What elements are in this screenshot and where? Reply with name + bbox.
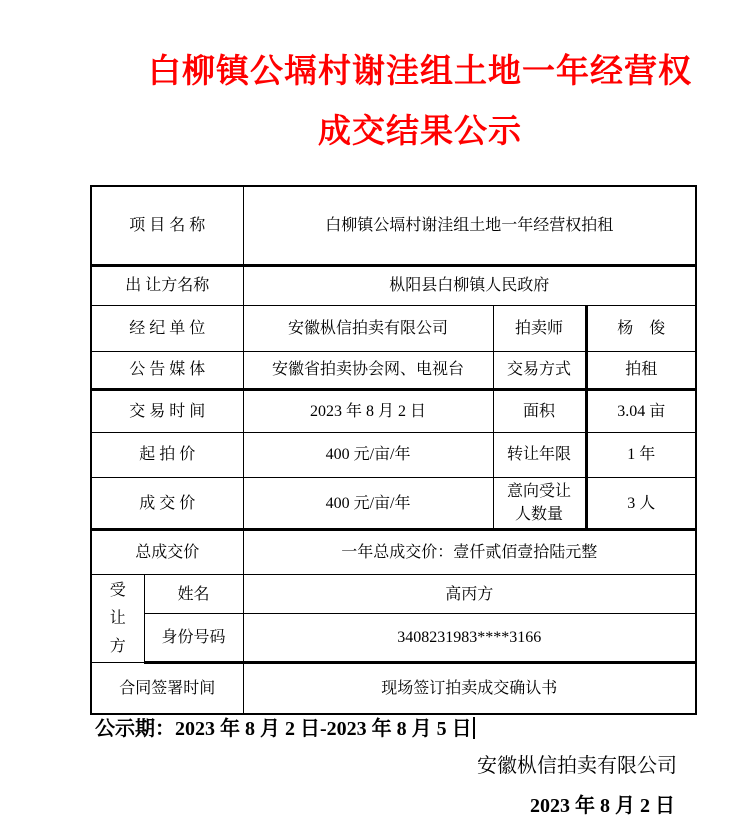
start-price-label: 起 拍 价 (91, 433, 243, 478)
total-price-label: 总成交价 (91, 530, 243, 575)
transferee-name-label: 姓名 (144, 575, 243, 614)
row-media: 公 告 媒 体 安徽省拍卖协会网、电视台 交易方式 拍租 (91, 352, 696, 390)
row-transferee-id: 身份号码 3408231983****3166 (91, 614, 696, 663)
contract-sign-value: 现场签订拍卖成交确认书 (243, 663, 696, 715)
deal-price-value: 400 元/亩/年 (243, 478, 493, 530)
media-label: 公 告 媒 体 (91, 352, 243, 390)
publicity-period-text: 公示期：2023 年 8 月 2 日-2023 年 8 月 5 日 (95, 718, 472, 740)
trade-mode-value: 拍租 (586, 352, 696, 390)
notice-title-line1: 白柳镇公塥村谢洼组土地一年经营权 (95, 42, 745, 102)
agency-value: 安徽枞信拍卖有限公司 (243, 306, 493, 352)
total-price-value: 一年总成交价：壹仟贰佰壹拾陆元整 (243, 530, 696, 575)
row-agency: 经 纪 单 位 安徽枞信拍卖有限公司 拍卖师 杨 俊 (91, 306, 696, 352)
area-value: 3.04 亩 (586, 390, 696, 433)
trade-time-value: 2023 年 8 月 2 日 (243, 390, 493, 433)
transfer-years-label: 转让年限 (493, 433, 586, 478)
transferor-label: 出 让方名称 (91, 266, 243, 306)
row-transferee-name: 受让方 姓名 高丙方 (91, 575, 696, 614)
publicity-period-line: 公示期：2023 年 8 月 2 日-2023 年 8 月 5 日 (95, 714, 475, 744)
transfer-years-value: 1 年 (586, 433, 696, 478)
project-name-value: 白柳镇公塥村谢洼组土地一年经营权拍租 (243, 186, 696, 266)
row-total-price: 总成交价 一年总成交价：壹仟贰佰壹拾陆元整 (91, 530, 696, 575)
issue-date: 2023 年 8 月 2 日 (530, 792, 675, 820)
row-start-price: 起 拍 价 400 元/亩/年 转让年限 1 年 (91, 433, 696, 478)
notice-title-line2: 成交结果公示 (95, 102, 745, 162)
transferee-group-label: 受让方 (91, 575, 144, 663)
row-project-name: 项 目 名 称 白柳镇公塥村谢洼组土地一年经营权拍租 (91, 186, 696, 266)
notice-title: 白柳镇公塥村谢洼组土地一年经营权 成交结果公示 (95, 42, 745, 162)
intended-transferees-label: 意向受让 人数量 (493, 478, 586, 530)
row-trade-time: 交 易 时 间 2023 年 8 月 2 日 面积 3.04 亩 (91, 390, 696, 433)
intended-transferees-value: 3 人 (586, 478, 696, 530)
row-deal-price: 成 交 价 400 元/亩/年 意向受让 人数量 3 人 (91, 478, 696, 530)
media-value: 安徽省拍卖协会网、电视台 (243, 352, 493, 390)
trade-mode-label: 交易方式 (493, 352, 586, 390)
start-price-value: 400 元/亩/年 (243, 433, 493, 478)
text-cursor (473, 717, 475, 739)
issuer-company: 安徽枞信拍卖有限公司 (477, 752, 677, 780)
transferee-name-value: 高丙方 (243, 575, 696, 614)
area-label: 面积 (493, 390, 586, 433)
contract-sign-label: 合同签署时间 (91, 663, 243, 715)
transferor-value: 枞阳县白柳镇人民政府 (243, 266, 696, 306)
auctioneer-value: 杨 俊 (586, 306, 696, 352)
deal-price-label: 成 交 价 (91, 478, 243, 530)
agency-label: 经 纪 单 位 (91, 306, 243, 352)
project-name-label: 项 目 名 称 (91, 186, 243, 266)
row-contract-sign: 合同签署时间 现场签订拍卖成交确认书 (91, 663, 696, 715)
row-transferor: 出 让方名称 枞阳县白柳镇人民政府 (91, 266, 696, 306)
auctioneer-label: 拍卖师 (493, 306, 586, 352)
document-page: { "colors": { "title_red": "#ff0000" }, … (0, 0, 745, 823)
auction-result-table: 项 目 名 称 白柳镇公塥村谢洼组土地一年经营权拍租 出 让方名称 枞阳县白柳镇… (90, 185, 697, 715)
transferee-id-value: 3408231983****3166 (243, 614, 696, 663)
transferee-id-label: 身份号码 (144, 614, 243, 663)
trade-time-label: 交 易 时 间 (91, 390, 243, 433)
